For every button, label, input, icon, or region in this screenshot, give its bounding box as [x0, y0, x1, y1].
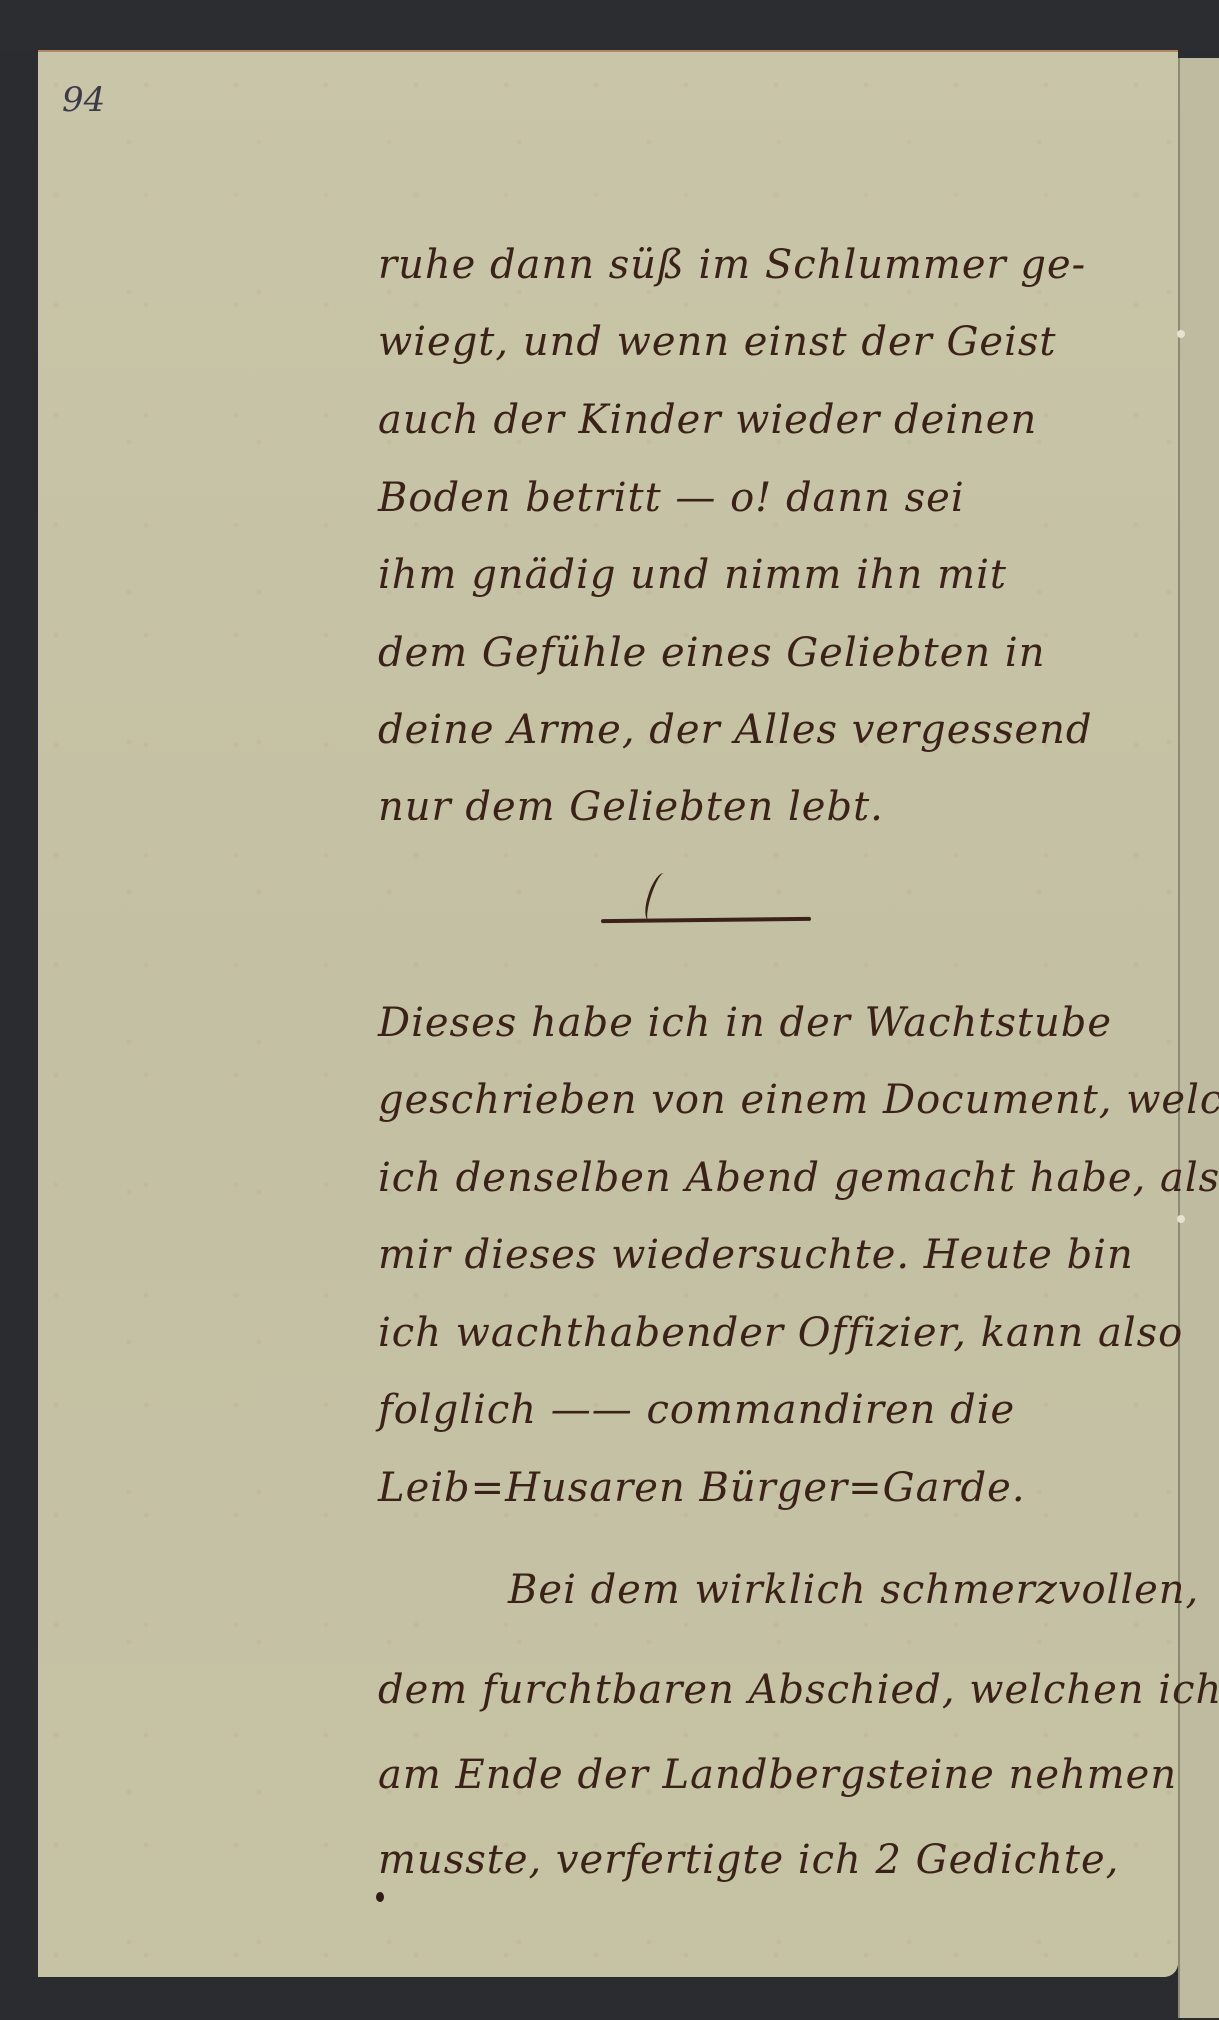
binding-hole [1177, 1215, 1185, 1223]
text-line: auch der Kinder wieder deinen [378, 397, 1037, 443]
text-line: geschrieben von einem Document, welches [378, 1077, 1219, 1123]
text-line: folglich —— commandiren die [378, 1387, 1015, 1433]
text-line: ich denselben Abend gemacht habe, als [378, 1155, 1219, 1201]
text-line: Leib=Husaren Bürger=Garde. [378, 1465, 1026, 1511]
text-line: ruhe dann süß im Schlummer ge- [378, 242, 1086, 288]
text-line: wiegt, und wenn einst der Geist [378, 319, 1056, 365]
section-divider [601, 917, 811, 923]
page-number: 94 [62, 80, 105, 120]
text-line: dem Gefühle eines Geliebten in [378, 630, 1045, 676]
text-line-indented: Bei dem wirklich schmerzvollen, [508, 1567, 1199, 1613]
divider-flourish [641, 871, 673, 924]
text-line: ihm gnädig und nimm ihn mit [378, 552, 1007, 598]
text-line: dem furchtbaren Abschied, welchen ich [378, 1667, 1219, 1713]
facing-page-edge [1178, 58, 1219, 2018]
scan-background [0, 0, 1219, 50]
ink-blot [376, 1892, 384, 1902]
text-line: nur dem Geliebten lebt. [378, 784, 884, 830]
text-line: Boden betritt — o! dann sei [378, 475, 965, 521]
text-line: ich wachthabender Offizier, kann also [378, 1310, 1183, 1356]
text-line: am Ende der Landbergsteine nehmen [378, 1752, 1177, 1798]
text-line: Dieses habe ich in der Wachtstube [378, 1000, 1112, 1046]
text-line: mir dieses wiedersuchte. Heute bin [378, 1232, 1134, 1278]
text-line: musste, verfertigte ich 2 Gedichte, [378, 1837, 1119, 1883]
manuscript-page: 94 ruhe dann süß im Schlummer ge- wiegt,… [38, 50, 1178, 1977]
binding-hole [1177, 330, 1185, 338]
text-line: deine Arme, der Alles vergessend [378, 707, 1093, 753]
